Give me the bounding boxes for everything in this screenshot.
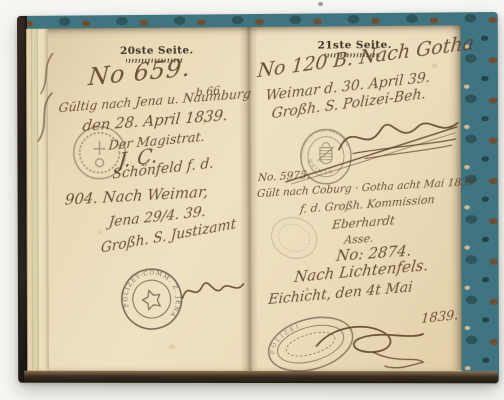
photo-background: 20ste Seite. No 659. b 66 Gültig nach Je… bbox=[0, 0, 504, 400]
background-fleck bbox=[318, 2, 323, 6]
ink-bleed-fragment bbox=[35, 91, 55, 151]
weimar-stamp-ring-top-text: GROSH. S. POL. BEHÖRDE bbox=[299, 127, 351, 156]
passport-book: 20ste Seite. No 659. b 66 Gültig nach Je… bbox=[17, 12, 499, 383]
jena-stamp-ring-text: POLIZEY-COMM. Z. JENA bbox=[115, 262, 188, 333]
svg-text:POLIZEI: POLIZEI bbox=[263, 322, 306, 356]
page-gutter bbox=[239, 27, 258, 374]
weimar-stamp-crowned-shield bbox=[318, 143, 334, 164]
signature-flourish bbox=[180, 272, 246, 310]
bottom-stamp-ring-text: POLIZEI bbox=[263, 322, 306, 356]
svg-text:POLIZEY-COMM. Z. JENA: POLIZEY-COMM. Z. JENA bbox=[115, 262, 188, 333]
round-seal-stamp-icon bbox=[68, 123, 132, 187]
svg-text:GROSH. S. POL. BEHÖRDE: GROSH. S. POL. BEHÖRDE bbox=[299, 127, 351, 156]
cover-bottom-edge bbox=[24, 371, 498, 384]
signature-flourish bbox=[312, 318, 429, 372]
